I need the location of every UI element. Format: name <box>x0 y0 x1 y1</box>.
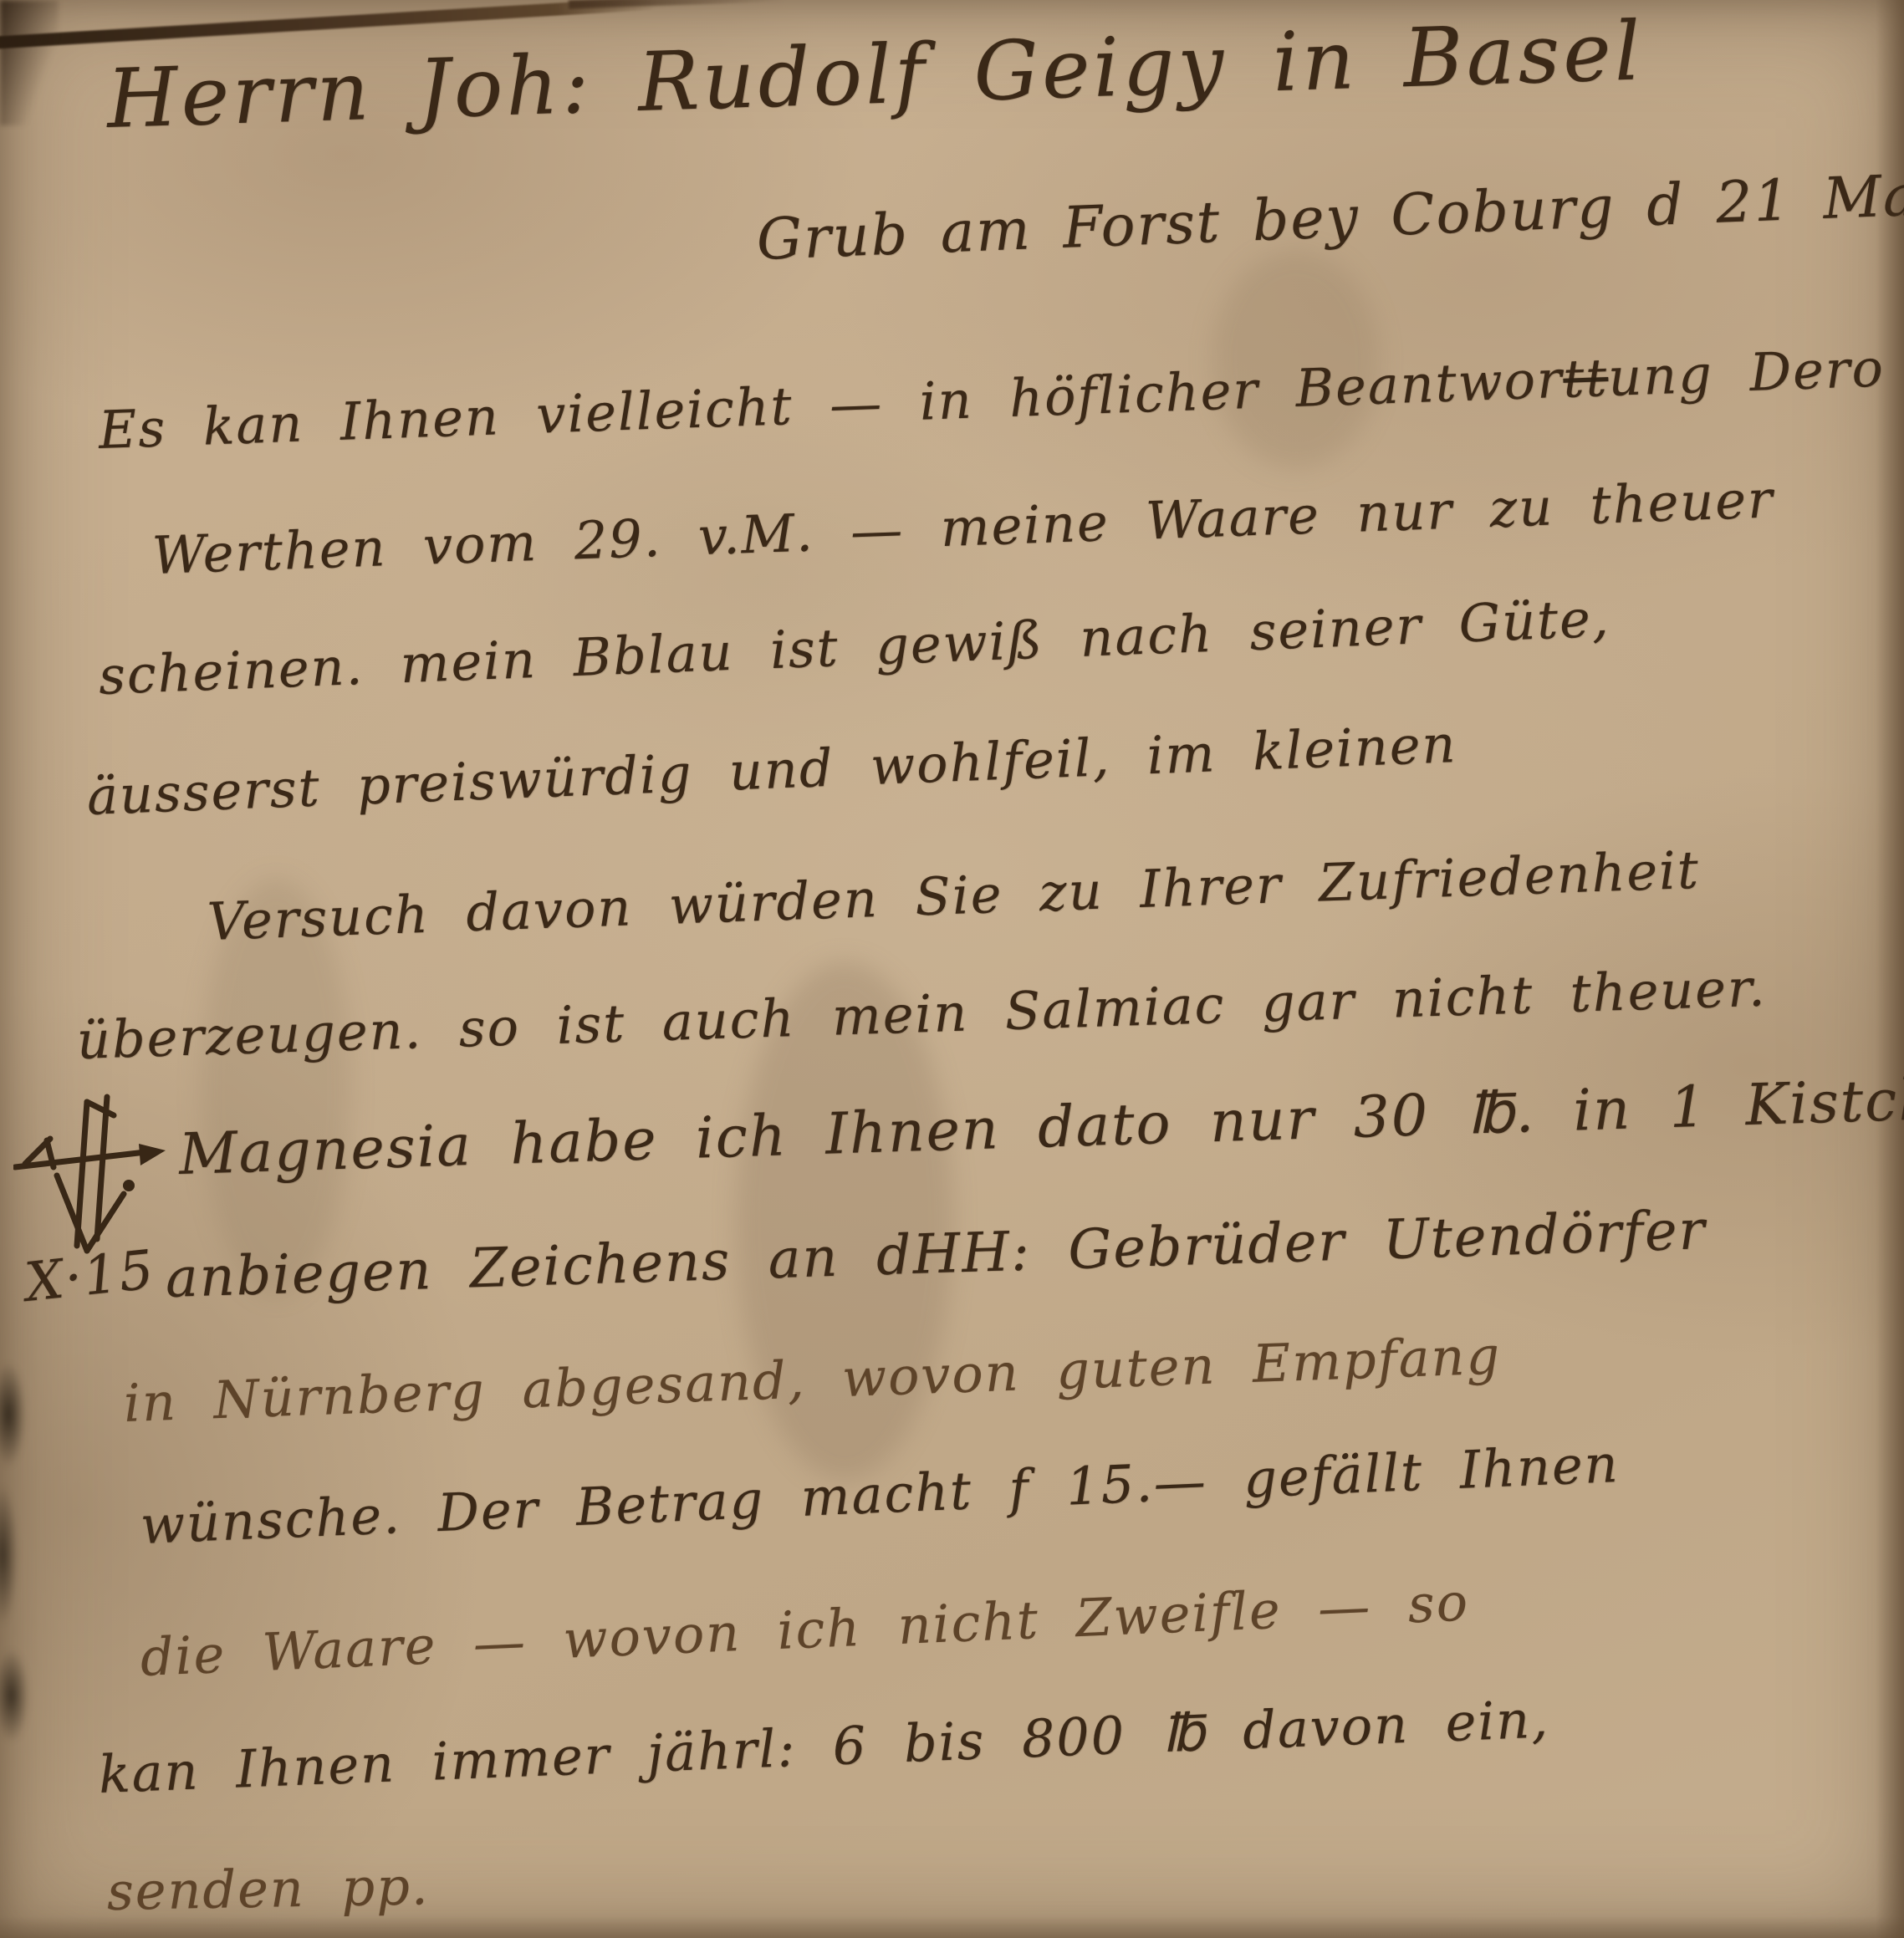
body-line: Versuch davon würden Sie zu Ihrer Zufrie… <box>207 839 1701 952</box>
body-line: kan Ihnen immer jährl: 6 bis 800 ℔ davon… <box>98 1688 1550 1805</box>
body-line: Magnesia habe ich Ihnen dato nur 30 ℔. i… <box>178 1066 1904 1188</box>
body-line: die Waare — wovon ich nicht Zweifle — so <box>139 1571 1470 1688</box>
struck-word: tt <box>1562 347 1609 410</box>
merchant-mark-icon <box>13 1087 181 1254</box>
corner-shadow <box>0 0 59 125</box>
fore-edge-blotches <box>0 1354 43 1756</box>
margin-annotation: X·15 <box>13 1087 181 1257</box>
page-edge-line-right <box>569 0 786 9</box>
letter-page: Herrn Joh: Rudolf Geigy in Basel Grub am… <box>0 0 1904 1938</box>
margin-number: X·15 <box>23 1239 158 1314</box>
body-line: äusserst preiswürdig und wohlfeil, im kl… <box>86 713 1458 827</box>
bottom-edge-shadow <box>0 1916 1904 1938</box>
body-line: Werthen vom 29. v.M. — meine Waare nur z… <box>151 468 1775 586</box>
body-line: Es kan Ihnen vielleicht — in höflicher B… <box>98 337 1886 461</box>
body-line: senden pp. <box>106 1855 430 1922</box>
right-edge-shadow <box>1876 0 1904 1938</box>
body-line: scheinen. mein Bblau ist gewiß nach sein… <box>98 588 1611 706</box>
dateline: Grub am Forst bey Coburg d 21 May 1808 <box>755 155 1904 273</box>
body-text: ung Dero <box>1607 337 1886 407</box>
